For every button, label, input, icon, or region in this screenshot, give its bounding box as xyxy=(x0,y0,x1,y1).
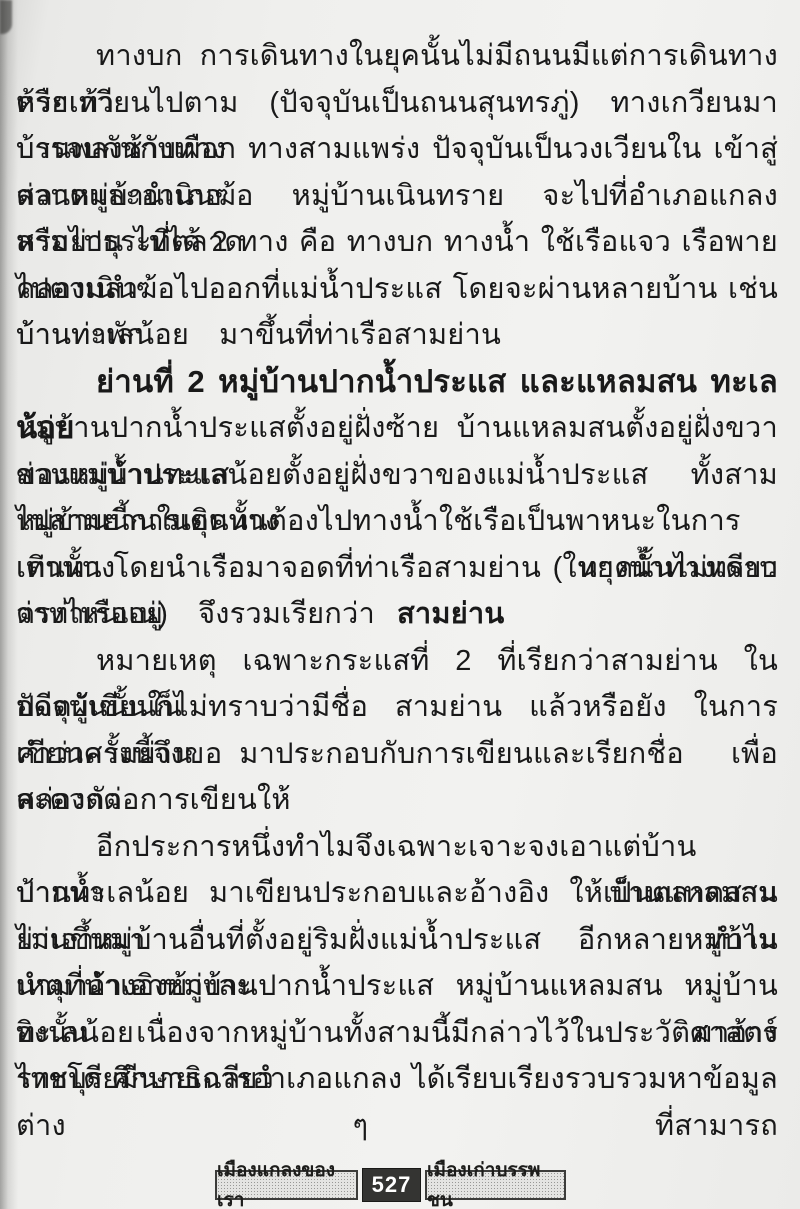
text-line: ราชบุรี ศึกษาธิการอำเภอแกลง ได้เรียบเรีย… xyxy=(16,1056,778,1103)
text-segment: บ้านทะเลน้อย xyxy=(16,319,189,351)
text-line: ตรงไหนแน่)จึงรวมเรียกว่าสามย่าน xyxy=(16,591,778,638)
text-line: ไม่เอาหมู่บ้านอื่นที่ตั้งอยู่ริมฝั่งแม่น… xyxy=(16,917,778,964)
page-number-badge: 527 xyxy=(362,1168,421,1202)
text-line: สามย่าน ไปได้ 2 ทาง คือ ทางบก ทางน้ำ ใช้… xyxy=(16,219,778,266)
text-line: หมู่บ้านปากน้ำประแสตั้งอยู่ฝั่งซ้าย บ้าน… xyxy=(16,405,778,452)
page-footer: เมืองแกลงของเรา 527 เมืองเก่าบรรพชน xyxy=(215,1170,569,1200)
page-body-text: ทางบก การเดินทางในยุคนั้นไม่มีถนนมีแต่กา… xyxy=(16,33,778,1103)
footer-right-label: เมืองเก่าบรรพชน xyxy=(425,1170,566,1200)
emphasis-word: สามย่าน xyxy=(397,598,504,630)
text-line: อดีตผู้เขียนก็ไม่ทราบว่ามีชื่อ สามย่าน แ… xyxy=(16,684,778,731)
text-line: บ้านพลงช้างเผือก ทางสามแพร่ง ปัจจุบันเป็… xyxy=(16,126,778,173)
text-line: อิงนั้น เนื่องจากหมู่บ้านทั้งสามนี้มีกล่… xyxy=(16,1010,778,1057)
text-line: คลองเนินฆ้อไปออกที่แม่น้ำประแส โดยจะผ่าน… xyxy=(16,266,778,313)
text-line: อีกประการหนึ่งทำไมจึงเฉพาะเจาะจงเอาแต่บ้… xyxy=(16,824,778,871)
scanned-book-page: ทางบก การเดินทางในยุคนั้นไม่มีถนนมีแต่กา… xyxy=(0,0,800,1209)
text-line: เท่านั้น โดยนำเรือมาจอดที่ท่าเรือสามย่าน… xyxy=(16,545,778,592)
text-segment: ตรงไหนแน่) xyxy=(16,598,168,630)
text-line: ส่วนหมู่บ้านเนินฆ้อ หมู่บ้านเนินทราย จะไ… xyxy=(16,173,778,220)
text-segment: มาขึ้นที่ท่าเรือสามย่าน xyxy=(219,319,501,351)
text-segment: จึงรวมเรียกว่า xyxy=(198,598,375,630)
text-line: ไปสามย่านในยุคนั้นต้องไปทางน้ำใช้เรือเป็… xyxy=(16,498,778,545)
text-line: ทางบก การเดินทางในยุคนั้นไม่มีถนนมีแต่กา… xyxy=(16,33,778,80)
text-line: หรือเกวียนไปตาม (ปัจจุบันเป็นถนนสุนทรภู่… xyxy=(16,80,778,127)
footer-left-label: เมืองแกลงของเรา xyxy=(215,1170,358,1200)
text-line: ส่วนหมู่บ้านทะเลน้อยตั้งอยู่ฝั่งขวาของแม… xyxy=(16,452,778,499)
text-line: บ้านทะเลน้อย มาเขียนประกอบและอ้างอิง ให้… xyxy=(16,870,778,917)
section-heading: ย่านที่ 2 หมู่บ้านปากน้ำประแส และแหลมสน … xyxy=(16,359,778,406)
text-line: หมายเหตุ เฉพาะกระแสที่ 2 ที่เรียกว่าสามย… xyxy=(16,638,778,685)
scan-corner-artifact xyxy=(0,0,12,34)
text-line: คำว่าสามย่าน มาประกอบกับการเขียนและเรียก… xyxy=(16,731,778,778)
text-line: เหตุที่นำเอาหมู่บ้านปากน้ำประแส หมู่บ้าน… xyxy=(16,963,778,1010)
text-line: บ้านทะเลน้อยมาขึ้นที่ท่าเรือสามย่าน xyxy=(16,312,778,359)
